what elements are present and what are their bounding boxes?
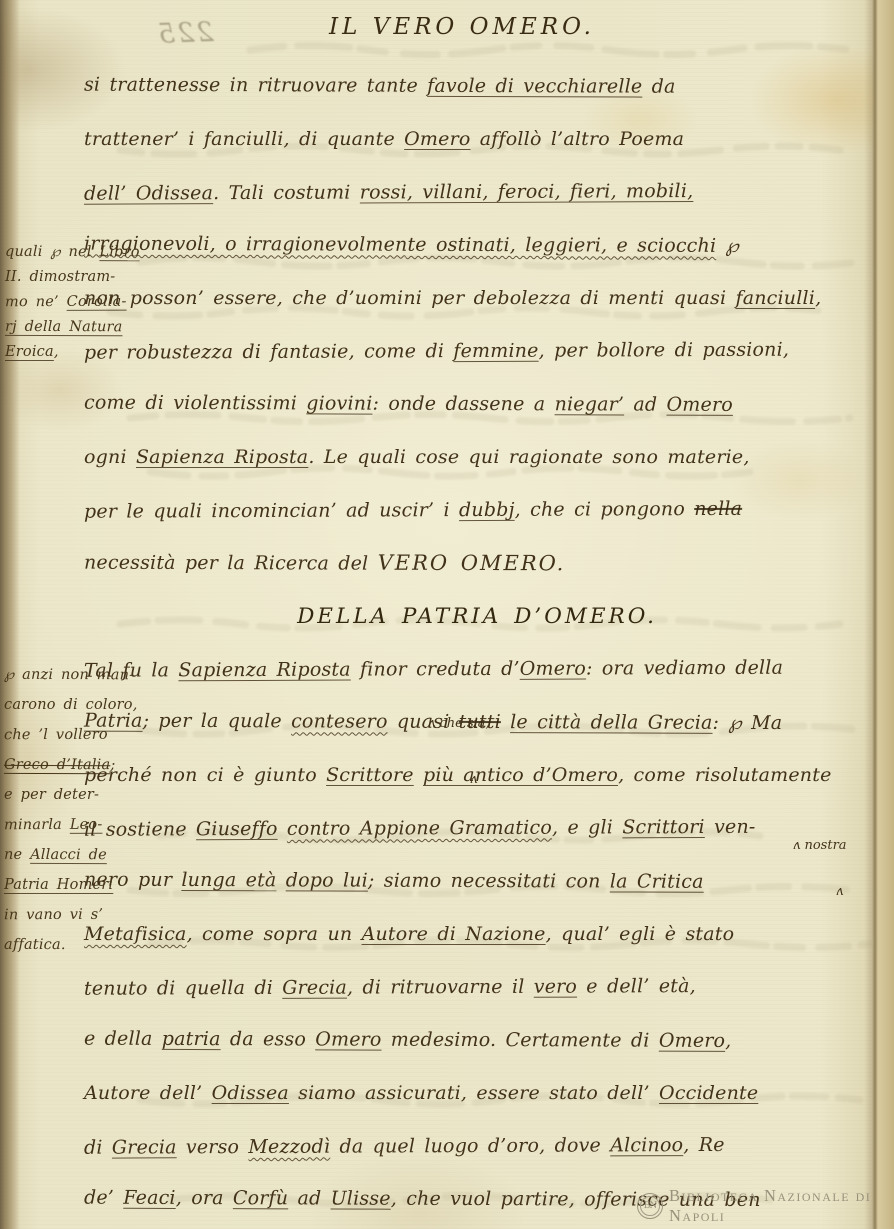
interline-insertion-che-sia: ʌ che sia,: [428, 716, 490, 731]
manuscript-line: nero pur lunga età dopo lui; siamo neces…: [84, 854, 870, 910]
interline-insertion-nostra: ʌ nostra: [793, 838, 847, 853]
manuscript-line: II. dimostram-: [5, 265, 99, 290]
section-heading: DELLA PATRIA D’OMERO.: [84, 590, 870, 643]
manuscript-line: e della patria da esso Omero medesimo. C…: [84, 1013, 870, 1069]
library-stamp: BN Biblioteca Nazionale di Napoli: [637, 1186, 894, 1226]
manuscript-line: Eroica,: [5, 340, 99, 365]
manuscript-line: in vano vi s’: [4, 900, 104, 930]
manuscript-line: minarla Leo-: [4, 810, 104, 840]
body-text: si trattenesse in ritruovare tante favol…: [84, 60, 870, 1226]
page-title: IL VERO OMERO.: [60, 14, 864, 40]
library-stamp-label: Biblioteca Nazionale di Napoli: [669, 1186, 894, 1226]
manuscript-line: ne Allacci de: [4, 840, 104, 870]
manuscript-line: Greco d’Italia;: [4, 750, 104, 780]
library-logo-icon: BN: [637, 1193, 663, 1219]
manuscript-line: ℘ anzi non man-: [4, 660, 104, 690]
manuscript-line: e per deter-: [4, 780, 104, 810]
margin-note-1: quali ℘ nel LibroII. dimostram-mo ne’ Co…: [5, 240, 99, 365]
manuscript-line: si trattenesse in ritruovare tante favol…: [84, 59, 870, 115]
margin-note-2: ℘ anzi non man-carono di coloro,che ’l v…: [4, 660, 104, 960]
manuscript-line: quali ℘ nel Libro: [5, 240, 99, 265]
manuscript-line: per robustezza di fantasie, come di femm…: [84, 323, 870, 379]
manuscript-line: Tal fu la Sapienza Riposta finor creduta…: [84, 641, 870, 697]
manuscript-line: di Grecia verso Mezzodì da quel luogo d’…: [84, 1118, 870, 1174]
manuscript-line: mo ne’ Corolla-: [5, 290, 99, 315]
manuscript-line: dell’ Odissea. Tali costumi rossi, villa…: [84, 164, 870, 220]
manuscript-line: necessità per la Ricerca del VERO OMERO.: [84, 536, 870, 592]
manuscript-line: trattener’ i fanciulli, di quante Omero …: [84, 113, 870, 166]
manuscript-line: come di violentissimi giovini: onde dass…: [84, 377, 870, 433]
manuscript-line: Patria Homeri: [4, 870, 104, 900]
manuscript-line: Metafisica, come sopra un Autore di Nazi…: [84, 908, 870, 961]
manuscript-line: tenuto di quella di Grecia, di ritruovar…: [84, 959, 870, 1015]
insertion-caret-icon: ʌ: [836, 884, 843, 899]
manuscript-line: Autore dell’ Odissea siamo assicurati, e…: [84, 1067, 870, 1120]
manuscript-line: che ’l vollero: [4, 720, 104, 750]
manuscript-page: 225 IL VERO OMERO. si trattenesse in rit…: [0, 0, 894, 1229]
manuscript-line: il sostiene Giuseffo contro Appione Gram…: [84, 800, 870, 856]
manuscript-line: carono di coloro,: [4, 690, 104, 720]
manuscript-line: irragionevoli, o irragionevolmente ostin…: [84, 218, 870, 274]
manuscript-line: affatica.: [4, 930, 104, 960]
manuscript-line: non posson’ essere, che d’uomini per deb…: [84, 272, 870, 325]
manuscript-line: ogni Sapienza Riposta. Le quali cose qui…: [84, 431, 870, 484]
manuscript-line: per le quali incomincian’ ad uscir’ i du…: [84, 482, 870, 538]
insertion-caret-icon: ʌ: [470, 772, 477, 787]
manuscript-line: rj della Natura: [5, 315, 99, 340]
